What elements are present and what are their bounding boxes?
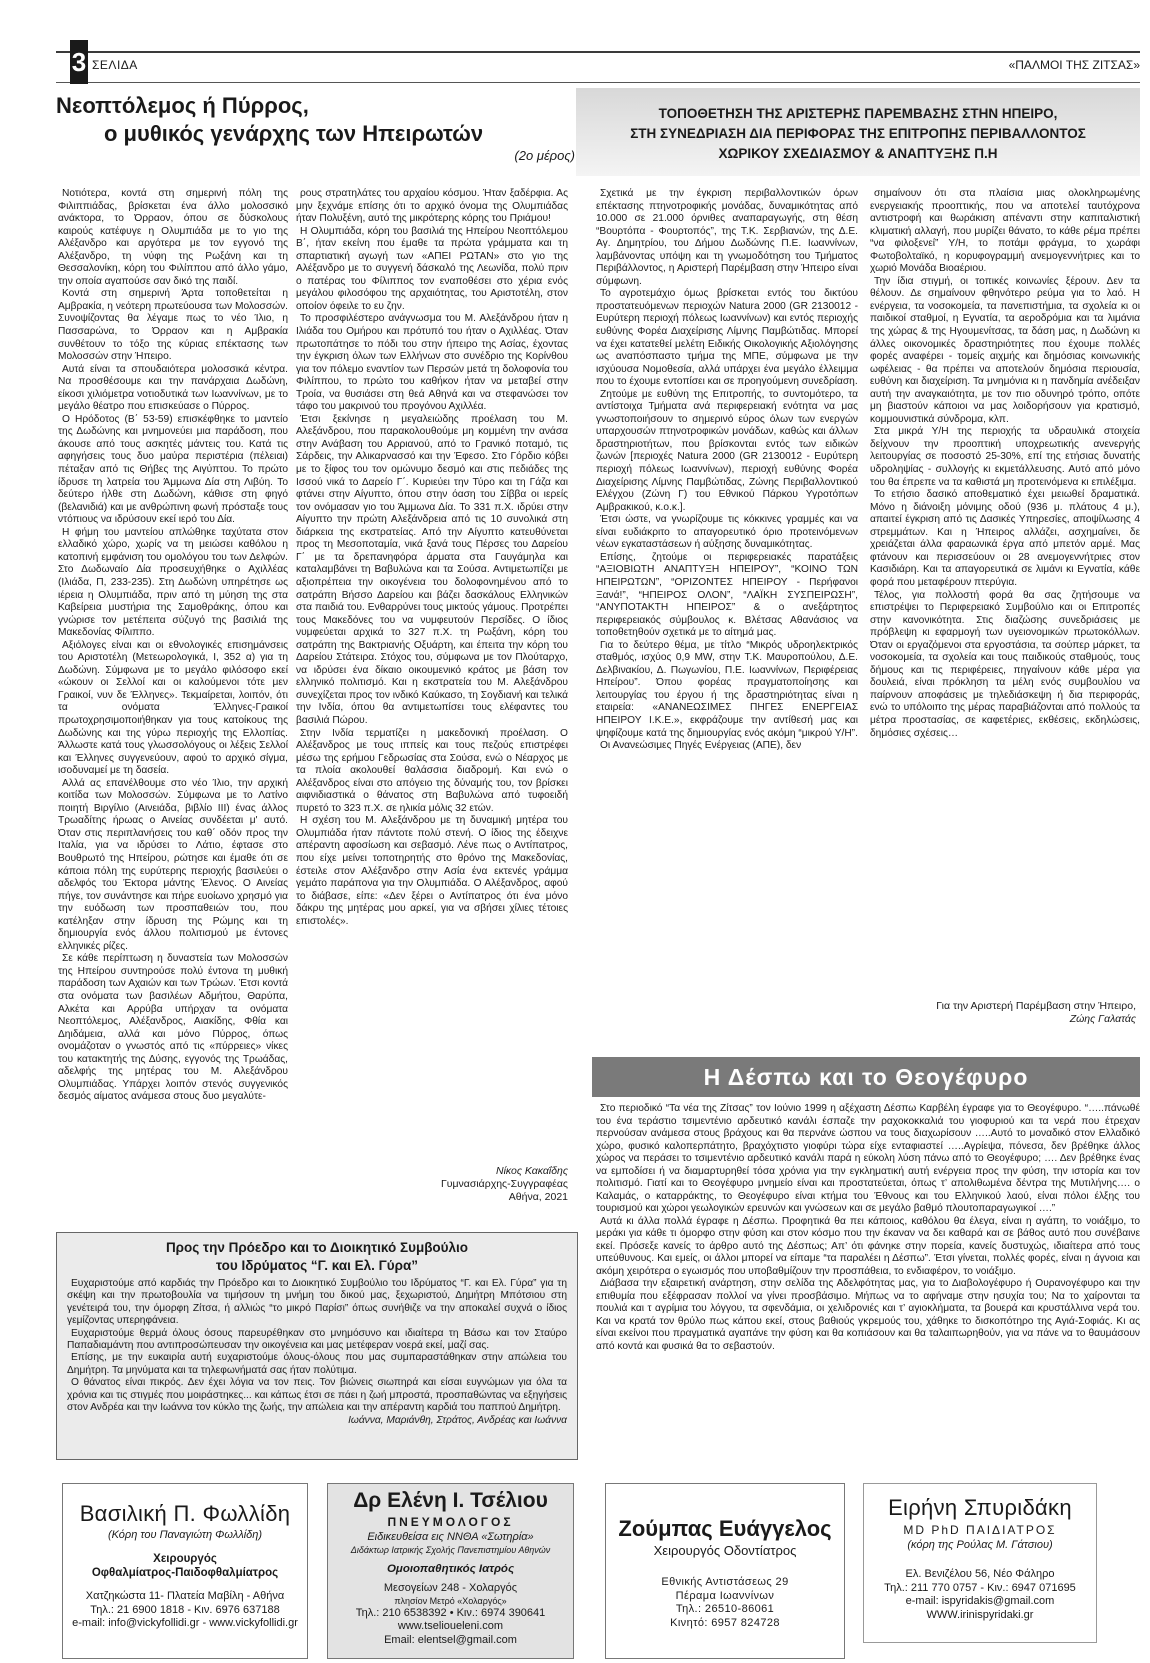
paragraph: Οι Ανανεώσιμες Πηγές Ενέργειας (ΑΠΕ), δε… [596,740,858,753]
paragraph: Επίσης, με την ευκαιρία αυτή ευχαριστούμ… [67,1352,567,1377]
paragraph: Στα μικρά Υ/Η της περιοχής τα υδραυλικά … [870,426,1140,489]
despo-article-title: Η Δέσπω και το Θεογέφυρο [592,1057,1140,1097]
ad-name: Ειρήνη Σπυριδάκη [864,1494,1096,1522]
paragraph: Σε κάθε περίπτωση η δυναστεία των Μολοσσ… [58,953,288,1104]
ad-address: Πέραμα Ιωαννίνων [606,1590,844,1604]
paragraph: Κοντά στη σημερινή Άρτα τοποθετείται η Α… [58,288,288,363]
despo-article-body: Στο περιοδικό “Τα νέα της Ζίτσας” τον Ιο… [596,1103,1140,1465]
page-label: ΣΕΛΙΔΑ [92,58,138,72]
paragraph: Αλλά ας επανέλθουμε στο νέο Ίλιο, την αρ… [58,778,288,954]
title-line3: ΧΩΡΙΚΟΥ ΣΧΕΔΙΑΣΜΟΥ & ΑΝΑΠΤΥΞΗΣ Π.Η [576,144,1140,164]
page-header-rule [56,51,1140,83]
author-role: Γυμνασιάρχης-Συγγραφέας [296,1178,568,1191]
signature-line: Για την Αριστερή Παρέμβαση στην Ήπειρο, [870,1000,1136,1013]
paragraph: Αυτά κι άλλα πολλά έγραφε η Δέσπω. Προφη… [596,1216,1140,1279]
ad-mobile: Κινητό: 6957 824728 [606,1617,844,1631]
ad-line: Διδάκτωρ Ιατρικής Σχολής Πανεπιστημίου Α… [328,1544,573,1556]
ad-address: Χατζηκώστα 11- Πλατεία Μαβίλη - Αθήνα [63,1590,307,1604]
ad-address: Εθνικής Αντιστάσεως 29 [606,1576,844,1590]
ad-name: Δρ Ελένη Ι. Τσέλιου [328,1488,573,1514]
intervention-article-column-1: Σχετικά με την έγκριση περιβαλλοντικών ό… [596,188,858,1018]
page-number: 3 [70,40,88,84]
ad-role: Οφθαλμίατρος-Παιδοφθαλμίατρος [63,1566,307,1580]
paragraph: Η Ολυμπιάδα, κόρη του βασιλιά της Ηπείρο… [296,226,568,314]
ad-line: Ειδικευθείσα εις ΝΝΘΑ «Σωτηρία» [328,1530,573,1544]
ad-phones: Τηλ.: 211 770 0757 - Κιν.: 6947 071695 [864,1582,1096,1596]
ad-web: WWW.irinispyridaki.gr [864,1609,1096,1623]
paragraph: Την ίδια στιγμή, οι τοπικές κοινωνίες ξέ… [870,276,1140,427]
paragraph: Αξιόλογες είναι και οι εθνολογικές επιση… [58,640,288,778]
ad-email: Email: elentsel@gmail.com [328,1634,573,1648]
ad-web: www.tselioueleni.com [328,1620,573,1634]
ad-card-spyridaki: Ειρήνη Σπυριδάκη MD PhD ΠΑΙΔΙΑΤΡΟΣ (κόρη… [863,1483,1097,1643]
paragraph: Για το δεύτερο θέμα, με τίτλο “Μικρός υδ… [596,640,858,740]
ad-near: πλησίον Μετρό «Χολαργός» [328,1596,573,1607]
ad-specialty: ΠΝΕΥΜΟΛΟΓΟΣ [328,1514,573,1530]
lead-title-line1: Νεοπτόλεμος ή Πύρρος, [56,93,309,118]
ad-address: Μεσογείων 248 - Χολαργός [328,1582,573,1596]
ad-role: Χειρουργός Οδοντίατρος [606,1542,844,1560]
author-name: Νίκος Κακαΐδης [296,1165,568,1178]
paragraph: Ζητούμε με ευθύνη της Επιτροπής, το συντ… [596,389,858,514]
paragraph: Στο περιοδικό “Τα νέα της Ζίτσας” τον Ιο… [596,1103,1140,1216]
lead-article-column-1: Νοτιότερα, κοντά στη σημερινή πόλη της Φ… [58,188,288,1218]
paragraph: ρους στρατηλάτες του αρχαίου κόσμου. Ήτα… [296,188,568,226]
paragraph: σημαίνουν ότι στα πλαίσια μιας ολοκληρωμ… [870,188,1140,276]
ad-role: Χειρουργός [63,1552,307,1566]
lead-article-part: (2ο μέρος) [440,148,575,163]
ad-name: Ζούμπας Ευάγγελος [606,1516,844,1542]
lead-article-title: Νεοπτόλεμος ή Πύρρος, ο μυθικός γενάρχης… [56,92,576,148]
ad-subtitle: (Κόρη του Παναγιώτη Φωλλίδη) [63,1528,307,1542]
paragraph: Έτσι ξεκίνησε η μεγαλειώδης προέλαση του… [296,414,568,728]
newspaper-name: «ΠΑΛΜΟΙ ΤΗΣ ΖΙΤΣΑΣ» [1009,58,1140,72]
ad-card-tseliou: Δρ Ελένη Ι. Τσέλιου ΠΝΕΥΜΟΛΟΓΟΣ Ειδικευθ… [327,1483,574,1659]
title-line2: ΣΤΗ ΣΥΝΕΔΡΙΑΣΗ ΔΙΑ ΠΕΡΙΦΟΡΑΣ ΤΗΣ ΕΠΙΤΡΟΠ… [576,124,1140,144]
ad-card-zoumpas: Ζούμπας Ευάγγελος Χειρουργός Οδοντίατρος… [605,1483,845,1659]
ad-role: Ομοιοπαθητικός Ιατρός [328,1562,573,1576]
notice-title: Προς την Πρόεδρο και το Διοικητικό Συμβο… [67,1239,567,1275]
notice-title-line2: του Ιδρύματος “Γ. και Ελ. Γύρα” [67,1257,567,1275]
ad-phones: Τηλ.: 210 6538392 • Κιν.: 6974 390641 [328,1607,573,1621]
ad-phone: Τηλ.: 26510-86061 [606,1603,844,1617]
paragraph: Το αγροτεμάχιο όμως βρίσκεται εντός του … [596,288,858,388]
notice-title-line1: Προς την Πρόεδρο και το Διοικητικό Συμβο… [67,1239,567,1257]
ad-subtitle: (κόρη της Ρούλας Μ. Γάτσιου) [864,1538,1096,1552]
paragraph: Διάβασα την εξαιρετική ανάρτηση, στην σε… [596,1278,1140,1353]
paragraph: Η φήμη του μαντείου απλώθηκε ταχύτατα στ… [58,527,288,640]
lead-article-column-2: ρους στρατηλάτες του αρχαίου κόσμου. Ήτα… [296,188,568,1158]
lead-title-line2: ο μυθικός γενάρχης των Ηπειρωτών [56,120,576,148]
paragraph: Αυτά είναι τα σπουδαιότερα μολοσσικά κέν… [58,364,288,414]
place-date: Αθήνα, 2021 [296,1191,568,1204]
paragraph: Ο θάνατος είναι πικρός. Δεν έχει λόγια ν… [67,1377,567,1414]
paragraph: Η σχέση του Μ. Αλεξάνδρου με τη δυναμική… [296,815,568,928]
paragraph: Στην Ινδία τερματίζει η μακεδονική προέλ… [296,728,568,816]
ad-web: e-mail: info@vickyfollidi.gr - www.vicky… [63,1617,307,1631]
title-line1: ΤΟΠΟΘΕΤΗΣΗ ΤΗΣ ΑΡΙΣΤΕΡΗΣ ΠΑΡΕΜΒΑΣΗΣ ΣΤΗΝ… [576,104,1140,124]
thank-you-notice: Προς την Πρόεδρο και το Διοικητικό Συμβο… [56,1232,578,1460]
ad-title: MD PhD ΠΑΙΔΙΑΤΡΟΣ [864,1522,1096,1538]
notice-signature: Ιωάννα, Μαριάνθη, Στράτος, Ανδρέας και Ι… [67,1415,567,1426]
paragraph: Το ετήσιο δασικό αποθεματικό έχει μειωθε… [870,489,1140,589]
paragraph: Έτσι ώστε, να γνωρίζουμε τις κόκκινες γρ… [596,514,858,552]
ad-email: e-mail: ispyridakis@gmail.com [864,1595,1096,1609]
paragraph: Ευχαριστούμε από καρδιάς την Πρόεδρο και… [67,1278,567,1328]
ad-name: Βασιλική Π. Φωλλίδη [63,1500,307,1528]
ad-phones: Τηλ.: 21 6900 1818 - Κιν. 6976 637188 [63,1604,307,1618]
intervention-article-title: ΤΟΠΟΘΕΤΗΣΗ ΤΗΣ ΑΡΙΣΤΕΡΗΣ ΠΑΡΕΜΒΑΣΗΣ ΣΤΗΝ… [576,88,1140,176]
paragraph: Ευχαριστούμε θερμά όλους όσους παρευρέθη… [67,1328,567,1353]
ad-card-follidi: Βασιλική Π. Φωλλίδη (Κόρη του Παναγιώτη … [62,1483,308,1659]
paragraph: Σχετικά με την έγκριση περιβαλλοντικών ό… [596,188,858,288]
signature-name: Ζώης Γαλατάς [870,1013,1136,1026]
intervention-article-signature: Για την Αριστερή Παρέμβαση στην Ήπειρο, … [870,1000,1136,1026]
paragraph: Νοτιότερα, κοντά στη σημερινή πόλη της Φ… [58,188,288,288]
paragraph: Τέλος, για πολλοστή φορά θα σας ζητήσουμ… [870,590,1140,741]
paragraph: Επίσης, ζητούμε οι περιφερειακές παρατάξ… [596,552,858,640]
lead-article-signature: Νίκος Κακαΐδης Γυμνασιάρχης-Συγγραφέας Α… [296,1165,568,1204]
paragraph: Το προσφιλέστερο ανάγνωσμα του Μ. Αλεξάν… [296,313,568,413]
notice-body: Ευχαριστούμε από καρδιάς την Πρόεδρο και… [67,1278,567,1414]
paragraph: Ο Ηρόδοτος (Β΄ 53-59) επισκέφθηκε το μαν… [58,414,288,527]
ad-address: Ελ. Βενιζέλου 56, Νέο Φάληρο [864,1568,1096,1582]
intervention-article-column-2: σημαίνουν ότι στα πλαίσια μιας ολοκληρωμ… [870,188,1140,988]
